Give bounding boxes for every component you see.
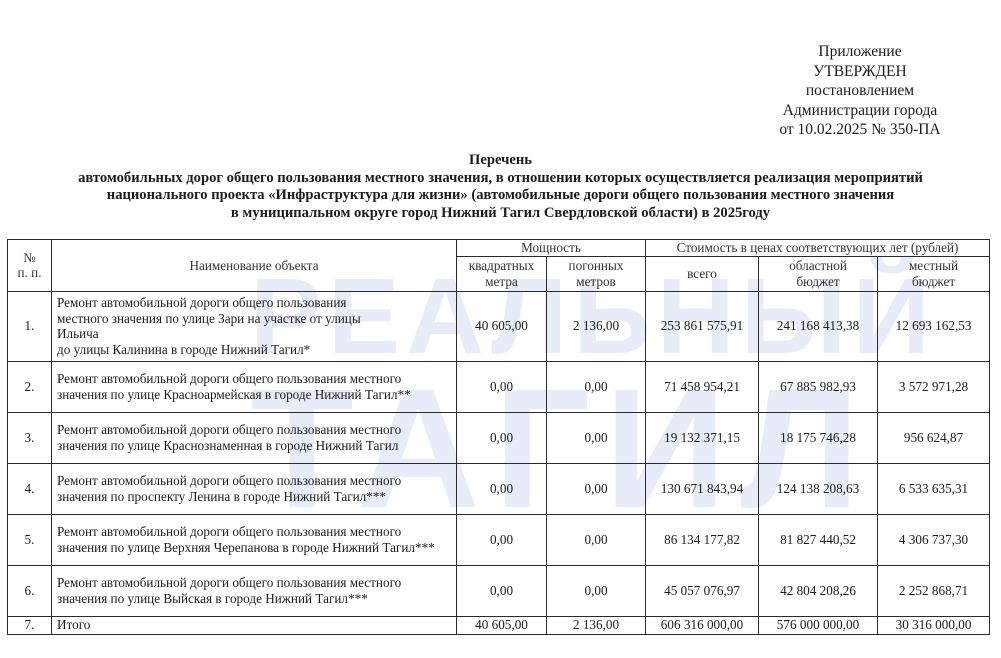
total-sq-meters: 40 605,00	[457, 616, 547, 634]
total-local-budget: 30 316 000,00	[878, 616, 990, 634]
row-sq-meters: 0,00	[457, 565, 547, 616]
row-local-budget: 956 624,87	[878, 412, 990, 463]
document-title: Перечень автомобильных дорог общего поль…	[0, 152, 1001, 222]
row-local-budget: 2 252 868,71	[878, 565, 990, 616]
header-linear-meters: погонныхметров	[547, 256, 646, 291]
row-num: 2.	[8, 361, 52, 412]
title-line-3: в муниципальном округе город Нижний Таги…	[0, 205, 1001, 223]
row-linear-meters: 2 136,00	[547, 291, 646, 361]
row-linear-meters: 0,00	[547, 412, 646, 463]
row-regional-budget: 124 138 208,63	[759, 463, 878, 514]
row-linear-meters: 0,00	[547, 463, 646, 514]
row-local-budget: 12 693 162,53	[878, 291, 990, 361]
header-sq-meters: квадратныхметра	[457, 256, 547, 291]
row-sq-meters: 40 605,00	[457, 291, 547, 361]
row-local-budget: 3 572 971,28	[878, 361, 990, 412]
row-name: Ремонт автомобильной дороги общего польз…	[52, 514, 457, 565]
table-row: 5. Ремонт автомобильной дороги общего по…	[8, 514, 990, 565]
row-regional-budget: 81 827 440,52	[759, 514, 878, 565]
header-cost: Стоимость в ценах соответствующих лет (р…	[646, 240, 990, 257]
header-regional-budget: областнойбюджет	[759, 256, 878, 291]
total-row: 7. Итого 40 605,00 2 136,00 606 316 000,…	[8, 616, 990, 634]
row-total: 86 134 177,82	[646, 514, 759, 565]
row-total: 19 132 371,15	[646, 412, 759, 463]
header-total: всего	[646, 256, 759, 291]
title-line-1: автомобильных дорог общего пользования м…	[0, 170, 1001, 188]
header-capacity: Мощность	[457, 240, 646, 257]
row-name: Ремонт автомобильной дороги общего польз…	[52, 291, 457, 361]
approval-stamp: Приложение УТВЕРЖДЕН постановлением Адми…	[760, 42, 960, 140]
title-heading: Перечень	[0, 152, 1001, 170]
total-num: 7.	[8, 616, 52, 634]
approval-approved: УТВЕРЖДЕН	[760, 62, 960, 82]
table-row: 4. Ремонт автомобильной дороги общего по…	[8, 463, 990, 514]
row-total: 253 861 575,91	[646, 291, 759, 361]
row-linear-meters: 0,00	[547, 514, 646, 565]
row-regional-budget: 241 168 413,38	[759, 291, 878, 361]
row-num: 3.	[8, 412, 52, 463]
row-num: 6.	[8, 565, 52, 616]
row-local-budget: 6 533 635,31	[878, 463, 990, 514]
row-total: 45 057 076,97	[646, 565, 759, 616]
row-total: 130 671 843,94	[646, 463, 759, 514]
row-total: 71 458 954,21	[646, 361, 759, 412]
title-line-2: национального проекта «Инфраструктура дл…	[0, 187, 1001, 205]
row-sq-meters: 0,00	[457, 463, 547, 514]
table-row: 1. Ремонт автомобильной дороги общего по…	[8, 291, 990, 361]
row-name: Ремонт автомобильной дороги общего польз…	[52, 463, 457, 514]
header-name: Наименование объекта	[52, 240, 457, 292]
row-sq-meters: 0,00	[457, 412, 547, 463]
total-total: 606 316 000,00	[646, 616, 759, 634]
approval-appendix: Приложение	[760, 42, 960, 62]
row-name-line: Ильича	[57, 326, 452, 342]
row-name-line: Ремонт автомобильной дороги общего польз…	[57, 295, 452, 311]
row-regional-budget: 18 175 746,28	[759, 412, 878, 463]
row-name: Ремонт автомобильной дороги общего польз…	[52, 565, 457, 616]
row-num: 1.	[8, 291, 52, 361]
row-local-budget: 4 306 737,30	[878, 514, 990, 565]
table-row: 3. Ремонт автомобильной дороги общего по…	[8, 412, 990, 463]
approval-date-number: от 10.02.2025 № 350-ПА	[760, 120, 960, 140]
total-label: Итого	[52, 616, 457, 634]
row-sq-meters: 0,00	[457, 514, 547, 565]
row-num: 4.	[8, 463, 52, 514]
approval-administration: Администрации города	[760, 101, 960, 121]
row-name-line: до улицы Калинина в городе Нижний Тагил*	[57, 342, 452, 358]
row-name: Ремонт автомобильной дороги общего польз…	[52, 412, 457, 463]
row-regional-budget: 42 804 208,26	[759, 565, 878, 616]
header-num-label: №п. п.	[17, 250, 41, 281]
row-name: Ремонт автомобильной дороги общего польз…	[52, 361, 457, 412]
row-num: 5.	[8, 514, 52, 565]
table-row: 2. Ремонт автомобильной дороги общего по…	[8, 361, 990, 412]
header-local-budget: местныйбюджет	[878, 256, 990, 291]
header-num: №п. п.	[8, 240, 52, 292]
table-row: 6. Ремонт автомобильной дороги общего по…	[8, 565, 990, 616]
row-sq-meters: 0,00	[457, 361, 547, 412]
total-linear-meters: 2 136,00	[547, 616, 646, 634]
row-regional-budget: 67 885 982,93	[759, 361, 878, 412]
row-linear-meters: 0,00	[547, 565, 646, 616]
row-name-line: местного значения по улице Зари на участ…	[57, 311, 452, 327]
roads-table: №п. п. Наименование объекта Мощность Сто…	[7, 239, 990, 635]
approval-resolution: постановлением	[760, 81, 960, 101]
total-regional-budget: 576 000 000,00	[759, 616, 878, 634]
row-linear-meters: 0,00	[547, 361, 646, 412]
